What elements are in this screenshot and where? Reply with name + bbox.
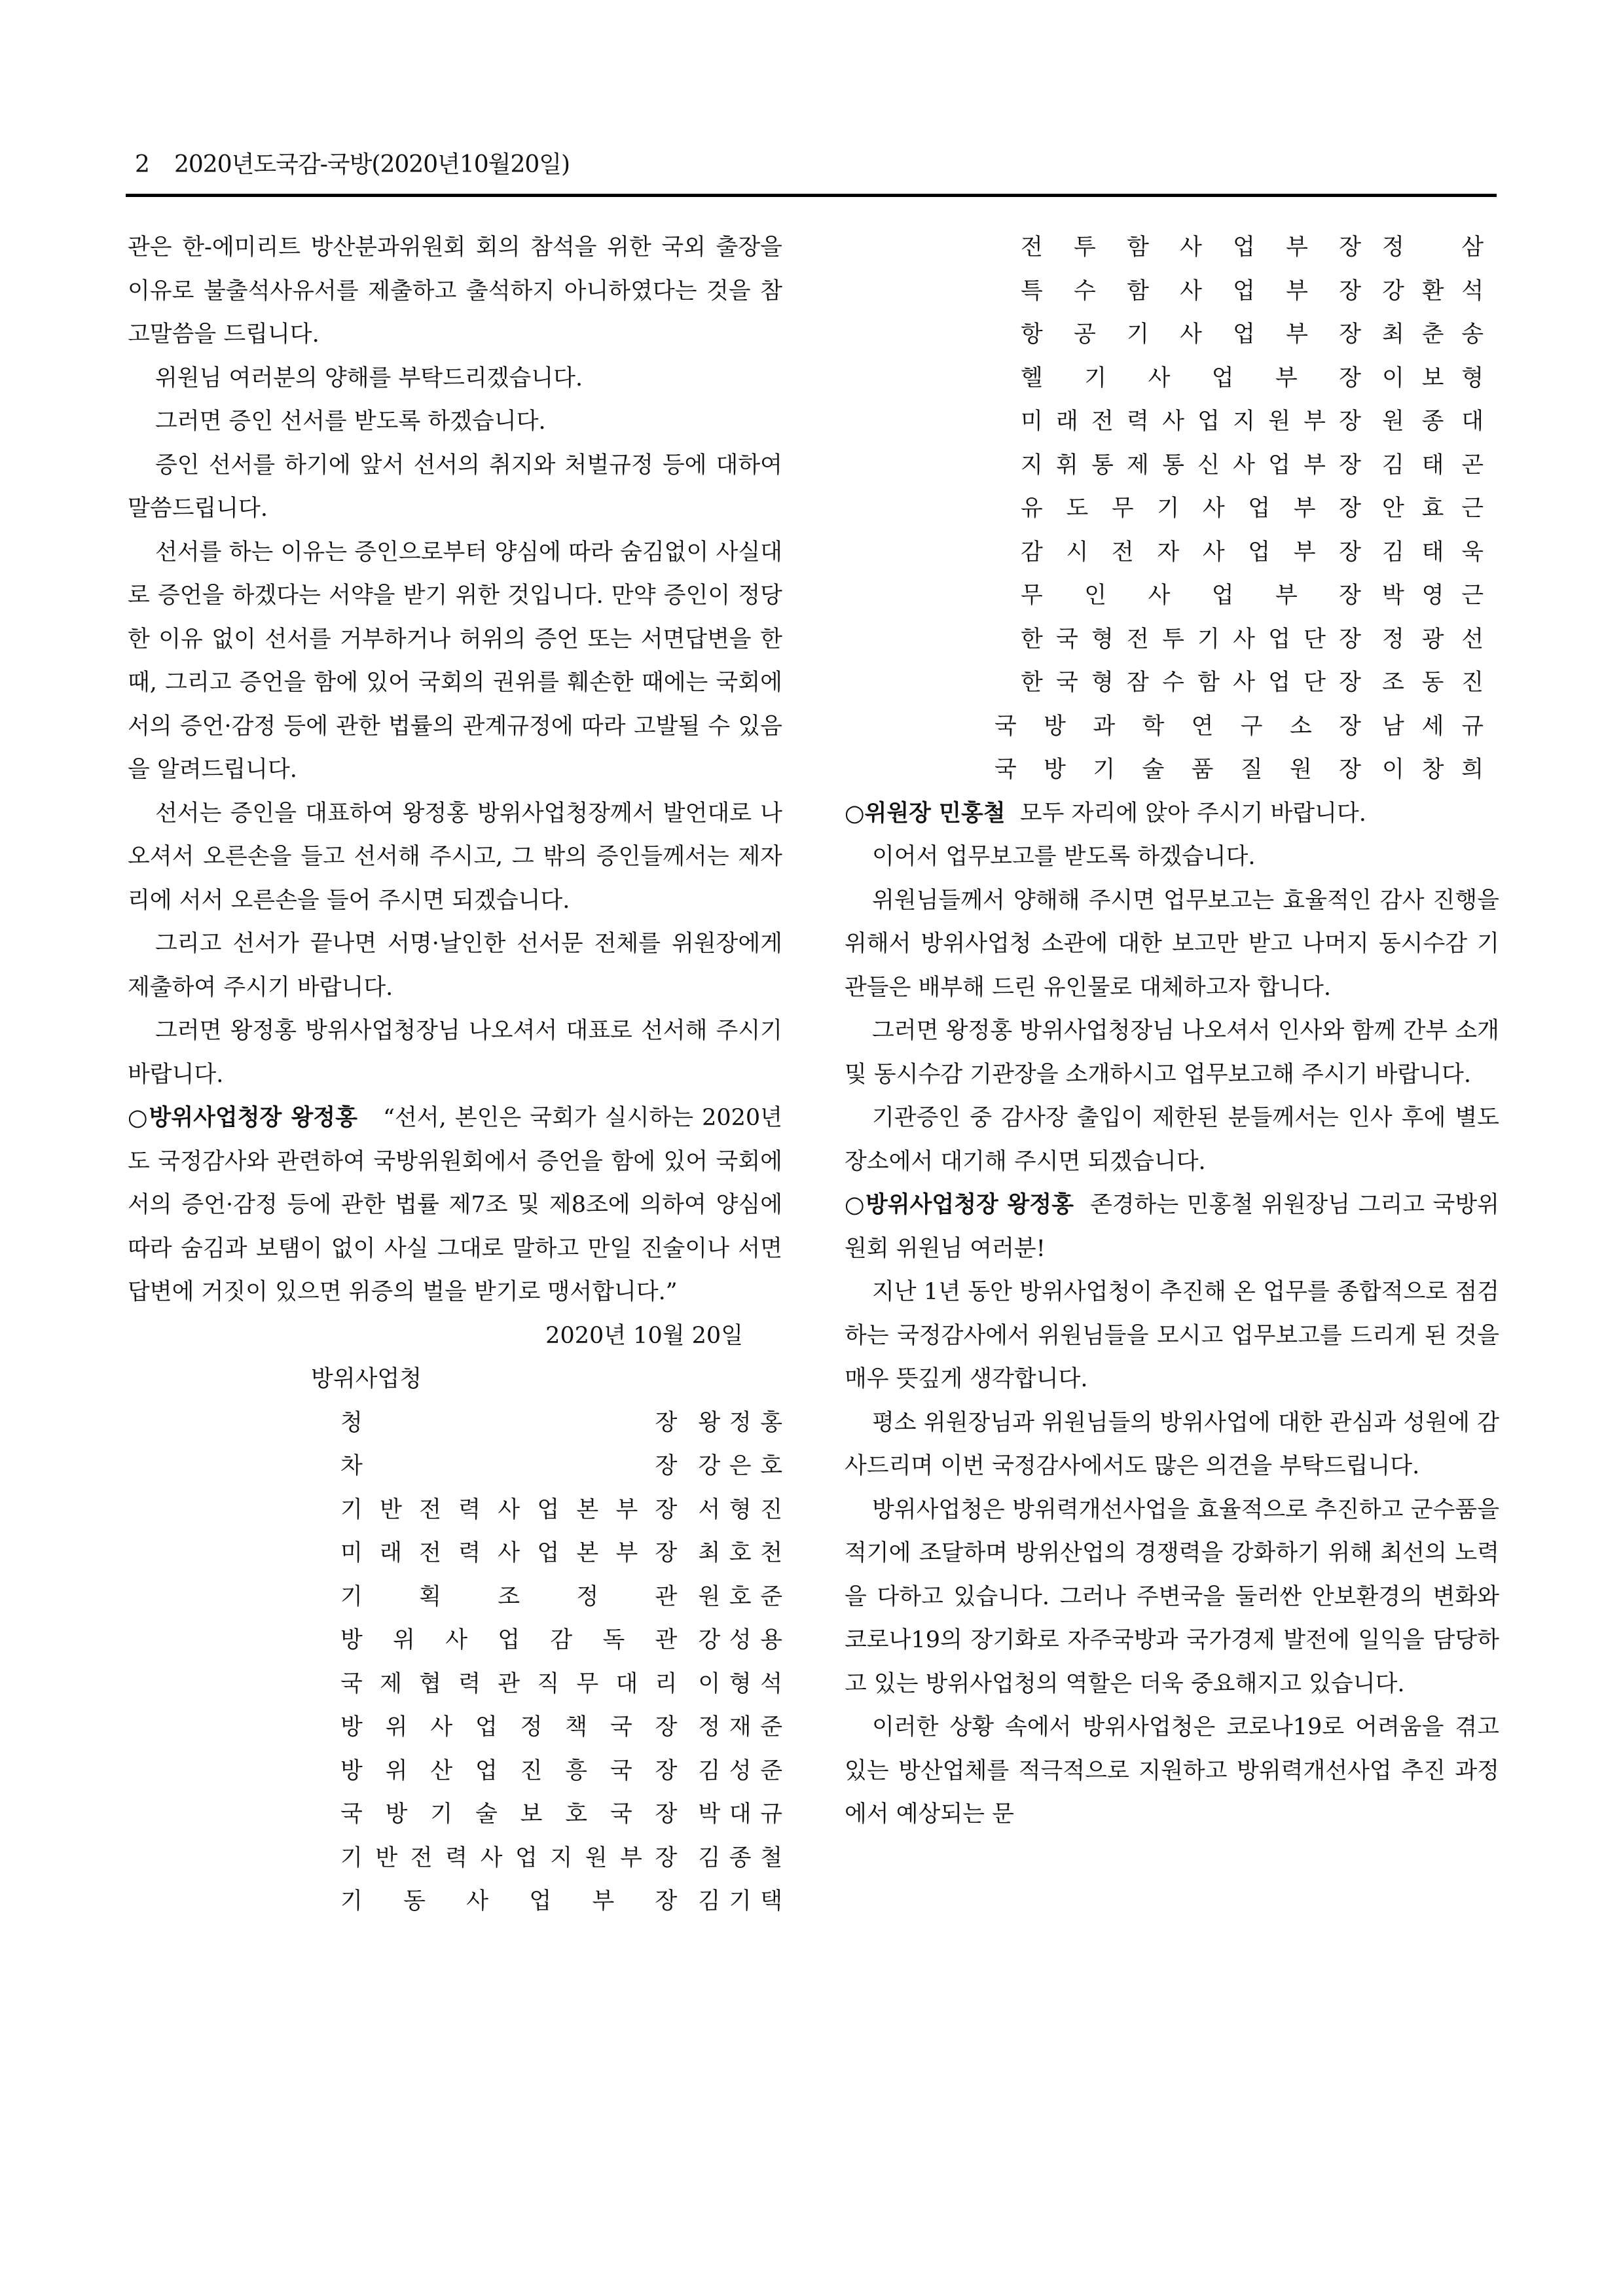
position-title: 기반전력사업본부장 (340, 1488, 677, 1532)
person-name: 왕정홍 (698, 1401, 782, 1445)
person-name: 이보형 (1382, 357, 1484, 401)
roster-row: 한국형잠수함사업단장조동진 (845, 661, 1499, 705)
paragraph: 지난 1년 동안 방위사업청이 추진해 온 업무를 종합적으로 점검하는 국정감… (845, 1270, 1499, 1401)
roster-row: 국제협력관직무대리이형석 (128, 1662, 782, 1706)
roster-row: 항공기사업부장최춘송 (845, 313, 1499, 357)
roster-row: 기반전력사업지원부장김종철 (128, 1837, 782, 1880)
roster-row: 청장왕정홍 (128, 1401, 782, 1445)
position-title: 청장 (340, 1401, 677, 1445)
paragraph: 이어서 업무보고를 받도록 하겠습니다. (845, 835, 1499, 879)
position-title: 미래전력사업본부장 (340, 1532, 677, 1575)
paragraph: 위원님 여러분의 양해를 부탁드리겠습니다. (128, 357, 782, 401)
person-name: 김태곤 (1382, 444, 1484, 488)
person-name: 이창희 (1382, 748, 1484, 792)
person-name: 김성준 (698, 1749, 782, 1793)
paragraph: 기관증인 중 감사장 출입이 제한된 분들께서는 인사 후에 별도 장소에서 대… (845, 1096, 1499, 1183)
paragraph: 이러한 상황 속에서 방위사업청은 코로나19로 어려움을 겪고 있는 방산업체… (845, 1706, 1499, 1837)
paragraph: 그러면 왕정홍 방위사업청장님 나오셔서 대표로 선서해 주시기 바랍니다. (128, 1009, 782, 1096)
person-name: 김태욱 (1382, 531, 1484, 575)
position-title: 국제협력관직무대리 (340, 1662, 677, 1706)
position-title: 국방기술보호국장 (340, 1793, 677, 1837)
roster-row: 국방기술품질원장이창희 (845, 748, 1499, 792)
position-title: 유도무기사업부장 (1021, 487, 1361, 531)
roster-row: 한국형전투기사업단장정광선 (845, 618, 1499, 662)
roster-row: 지휘통제통신사업부장김태곤 (845, 444, 1499, 488)
roster-row: 헬기사업부장이보형 (845, 357, 1499, 401)
speaker-label: ○방위사업청장 왕정홍 (128, 1105, 357, 1131)
person-name: 박대규 (698, 1793, 782, 1837)
position-title: 기반전력사업지원부장 (340, 1837, 677, 1880)
position-title: 방위사업감독관 (340, 1619, 677, 1662)
paragraph: 방위사업청은 방위력개선사업을 효율적으로 추진하고 군수품을 적기에 조달하며… (845, 1488, 1499, 1706)
position-title: 차장 (340, 1444, 677, 1488)
position-title: 기동사업부장 (340, 1880, 677, 1924)
witness-roster-continued: 전투함사업부장정삼특수함사업부장강환석항공기사업부장최춘송헬기사업부장이보형미래… (845, 226, 1499, 792)
speaker-label: ○방위사업청장 왕정홍 (845, 1192, 1074, 1218)
position-title: 미래전력사업지원부장 (1021, 400, 1361, 444)
roster-row: 감시전자사업부장김태욱 (845, 531, 1499, 575)
roster-row: 방위사업정책국장정재준 (128, 1706, 782, 1749)
paragraph: 관은 한-에미리트 방산분과위원회 회의 참석을 위한 국외 출장을 이유로 불… (128, 226, 782, 357)
roster-row: 차장강은호 (128, 1444, 782, 1488)
position-title: 감시전자사업부장 (1021, 531, 1361, 575)
oath-text: “선서, 본인은 국회가 실시하는 2020년도 국정감사와 관련하여 국방위원… (128, 1105, 782, 1305)
person-name: 최호천 (698, 1532, 782, 1575)
paragraph: 그러면 왕정홍 방위사업청장님 나오셔서 인사와 함께 간부 소개 및 동시수감… (845, 1009, 1499, 1096)
roster-row: 미래전력사업지원부장원종대 (845, 400, 1499, 444)
page-number: 2 (135, 149, 174, 181)
person-name: 김종철 (698, 1837, 782, 1880)
document-title: 2020년도국감-국방(2020년10월20일) (174, 151, 570, 178)
person-name: 강은호 (698, 1444, 782, 1488)
minister-paragraphs: 지난 1년 동안 방위사업청이 추진해 온 업무를 종합적으로 점검하는 국정감… (845, 1270, 1499, 1837)
minister-statement: ○방위사업청장 왕정홍 존경하는 민홍철 위원장님 그리고 국방위원회 위원님 … (845, 1183, 1499, 1270)
roster-row: 방위산업진흥국장김성준 (128, 1749, 782, 1793)
organization-name: 방위사업청 (128, 1357, 782, 1401)
position-title: 기획조정관 (340, 1575, 677, 1619)
left-column: 관은 한-에미리트 방산분과위원회 회의 참석을 위한 국외 출장을 이유로 불… (128, 226, 782, 1924)
roster-row: 전투함사업부장정삼 (845, 226, 1499, 270)
person-name: 정삼 (1382, 226, 1484, 270)
oath-date: 2020년 10월 20일 (128, 1314, 782, 1358)
roster-row: 특수함사업부장강환석 (845, 270, 1499, 314)
person-name: 원종대 (1382, 400, 1484, 444)
speaker-label: ○위원장 민홍철 (845, 800, 1006, 827)
paragraph: 그리고 선서가 끝나면 서명·날인한 선서문 전체를 위원장에게 제출하여 주시… (128, 922, 782, 1009)
roster-row: 무인사업부장박영근 (845, 574, 1499, 618)
position-title: 한국형전투기사업단장 (1021, 618, 1361, 662)
position-title: 항공기사업부장 (1021, 313, 1361, 357)
chair-paragraphs: 이어서 업무보고를 받도록 하겠습니다.위원님들께서 양해해 주시면 업무보고는… (845, 835, 1499, 1183)
paragraph: 평소 위원장님과 위원님들의 방위사업에 대한 관심과 성원에 감사드리며 이번… (845, 1401, 1499, 1488)
oath-statement: ○방위사업청장 왕정홍 “선서, 본인은 국회가 실시하는 2020년도 국정감… (128, 1096, 782, 1314)
person-name: 원호준 (698, 1575, 782, 1619)
person-name: 조동진 (1382, 661, 1484, 705)
paragraph: 선서는 증인을 대표하여 왕정홍 방위사업청장께서 발언대로 나오셔서 오른손을… (128, 792, 782, 923)
person-name: 박영근 (1382, 574, 1484, 618)
person-name: 남세규 (1382, 705, 1484, 749)
roster-row: 미래전력사업본부장최호천 (128, 1532, 782, 1575)
roster-row: 방위사업감독관강성용 (128, 1619, 782, 1662)
person-name: 강성용 (698, 1619, 782, 1662)
person-name: 정재준 (698, 1706, 782, 1749)
roster-row: 국방기술보호국장박대규 (128, 1793, 782, 1837)
person-name: 정광선 (1382, 618, 1484, 662)
roster-row: 기동사업부장김기택 (128, 1880, 782, 1924)
witness-roster: 청장왕정홍차장강은호기반전력사업본부장서형진미래전력사업본부장최호천기획조정관원… (128, 1401, 782, 1924)
paragraph: 증인 선서를 하기에 앞서 선서의 취지와 처벌규정 등에 대하여 말씀드립니다… (128, 444, 782, 531)
intro-paragraphs: 관은 한-에미리트 방산분과위원회 회의 참석을 위한 국외 출장을 이유로 불… (128, 226, 782, 1096)
person-name: 서형진 (698, 1488, 782, 1532)
person-name: 안효근 (1382, 487, 1484, 531)
position-title: 특수함사업부장 (1021, 270, 1361, 314)
position-title: 방위사업정책국장 (340, 1706, 677, 1749)
roster-row: 기반전력사업본부장서형진 (128, 1488, 782, 1532)
chair-statement: ○위원장 민홍철 모두 자리에 앉아 주시기 바랍니다. (845, 792, 1499, 836)
position-title: 국방과학연구소장 (994, 705, 1361, 749)
right-column: 전투함사업부장정삼특수함사업부장강환석항공기사업부장최춘송헬기사업부장이보형미래… (845, 226, 1499, 1837)
position-title: 무인사업부장 (1021, 574, 1361, 618)
statement-text: 모두 자리에 앉아 주시기 바랍니다. (1020, 800, 1366, 827)
roster-row: 국방과학연구소장남세규 (845, 705, 1499, 749)
page-header: 22020년도국감-국방(2020년10월20일) (135, 149, 1497, 181)
person-name: 강환석 (1382, 270, 1484, 314)
position-title: 국방기술품질원장 (994, 748, 1361, 792)
paragraph: 그러면 증인 선서를 받도록 하겠습니다. (128, 400, 782, 444)
position-title: 방위산업진흥국장 (340, 1749, 677, 1793)
person-name: 이형석 (698, 1662, 782, 1706)
roster-row: 유도무기사업부장안효근 (845, 487, 1499, 531)
paragraph: 선서를 하는 이유는 증인으로부터 양심에 따라 숨김없이 사실대로 증언을 하… (128, 531, 782, 792)
position-title: 헬기사업부장 (1021, 357, 1361, 401)
person-name: 최춘송 (1382, 313, 1484, 357)
position-title: 한국형잠수함사업단장 (1021, 661, 1361, 705)
paragraph: 위원님들께서 양해해 주시면 업무보고는 효율적인 감사 진행을 위해서 방위사… (845, 879, 1499, 1010)
position-title: 전투함사업부장 (1021, 226, 1361, 270)
position-title: 지휘통제통신사업부장 (1021, 444, 1361, 488)
person-name: 김기택 (698, 1880, 782, 1924)
roster-row: 기획조정관원호준 (128, 1575, 782, 1619)
header-divider (126, 194, 1497, 197)
